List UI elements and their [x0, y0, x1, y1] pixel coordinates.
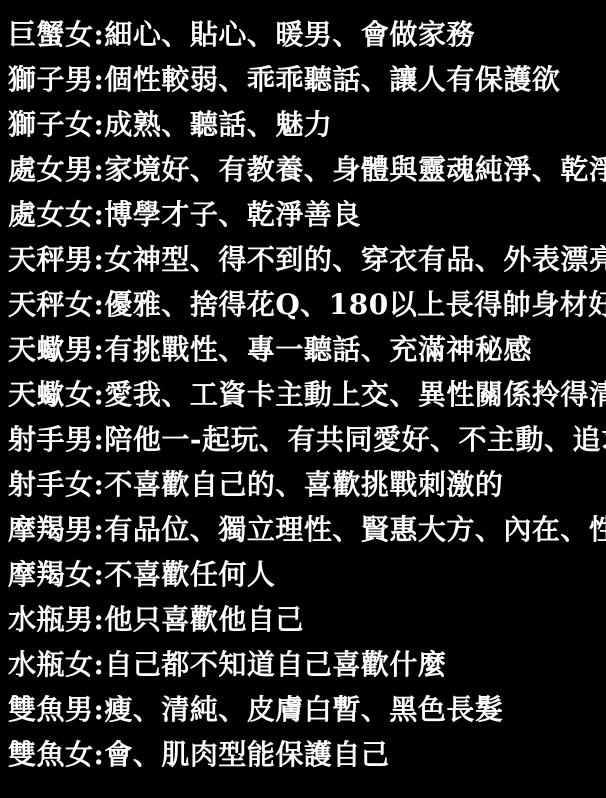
- preference-text: 個性較弱、乖乖聽話、讓人有保護欲: [104, 63, 560, 96]
- list-item: 處女男:家境好、有教養、身體與靈魂純淨、乾淨整潔: [8, 147, 602, 192]
- colon-separator: :: [94, 603, 105, 636]
- preference-text: 有挑戰性、專一聽話、充滿神秘感: [104, 333, 532, 366]
- preference-text: 會、肌肉型能保護自己: [104, 738, 389, 771]
- preference-text: 愛我、工資卡主動上交、異性關係拎得清: [104, 378, 606, 411]
- zodiac-sign-label: 獅子男: [8, 63, 94, 96]
- colon-separator: :: [94, 153, 105, 186]
- zodiac-preference-list: 巨蟹女:細心、貼心、暖男、會做家務 獅子男:個性較弱、乖乖聽話、讓人有保護欲 獅…: [0, 0, 606, 798]
- colon-separator: :: [94, 693, 105, 726]
- list-item: 巨蟹女:細心、貼心、暖男、會做家務: [8, 12, 602, 57]
- preference-text: 細心、貼心、暖男、會做家務: [104, 18, 475, 51]
- list-item: 天蠍女:愛我、工資卡主動上交、異性關係拎得清: [8, 372, 602, 417]
- list-item: 射手女:不喜歡自己的、喜歡挑戰刺激的: [8, 462, 602, 507]
- zodiac-sign-label: 天蠍女: [8, 378, 94, 411]
- colon-separator: :: [94, 648, 105, 681]
- list-item: 水瓶女:自己都不知道自己喜歡什麼: [8, 642, 602, 687]
- colon-separator: :: [94, 63, 105, 96]
- zodiac-sign-label: 摩羯女: [8, 558, 94, 591]
- colon-separator: :: [94, 288, 105, 321]
- colon-separator: :: [94, 423, 105, 456]
- list-item: 獅子女:成熟、聽話、魅力: [8, 102, 602, 147]
- list-item: 水瓶男:他只喜歡他自己: [8, 597, 602, 642]
- list-item: 摩羯女:不喜歡任何人: [8, 552, 602, 597]
- colon-separator: :: [94, 513, 105, 546]
- zodiac-sign-label: 天秤男: [8, 243, 94, 276]
- colon-separator: :: [94, 333, 105, 366]
- colon-separator: :: [94, 108, 105, 141]
- colon-separator: :: [94, 378, 105, 411]
- zodiac-sign-label: 射手女: [8, 468, 94, 501]
- colon-separator: :: [94, 558, 105, 591]
- preference-text: 優雅、捨得花Q、180以上長得帥身材好: [104, 288, 606, 321]
- preference-text: 不喜歡自己的、喜歡挑戰刺激的: [104, 468, 503, 501]
- colon-separator: :: [94, 738, 105, 771]
- colon-separator: :: [94, 468, 105, 501]
- colon-separator: :: [94, 198, 105, 231]
- zodiac-sign-label: 天秤女: [8, 288, 94, 321]
- list-item: 天秤女:優雅、捨得花Q、180以上長得帥身材好: [8, 282, 602, 327]
- zodiac-sign-label: 雙魚女: [8, 738, 94, 771]
- zodiac-sign-label: 處女男: [8, 153, 94, 186]
- zodiac-sign-label: 水瓶男: [8, 603, 94, 636]
- colon-separator: :: [94, 243, 105, 276]
- preference-text: 女神型、得不到的、穿衣有品、外表漂亮: [104, 243, 606, 276]
- preference-text: 有品位、獨立理性、賢惠大方、內在、性格安靜: [104, 513, 606, 546]
- zodiac-sign-label: 射手男: [8, 423, 94, 456]
- zodiac-sign-label: 處女女: [8, 198, 94, 231]
- preference-text: 博學才子、乾淨善良: [104, 198, 361, 231]
- zodiac-sign-label: 水瓶女: [8, 648, 94, 681]
- preference-text: 瘦、清純、皮膚白暫、黑色長髮: [104, 693, 503, 726]
- zodiac-sign-label: 巨蟹女: [8, 18, 94, 51]
- preference-text: 家境好、有教養、身體與靈魂純淨、乾淨整潔: [104, 153, 606, 186]
- preference-text: 不喜歡任何人: [104, 558, 275, 591]
- list-item: 獅子男:個性較弱、乖乖聽話、讓人有保護欲: [8, 57, 602, 102]
- preference-text: 成熟、聽話、魅力: [104, 108, 332, 141]
- list-item: 射手男:陪他一-起玩、有共同愛好、不主動、追求刺激: [8, 417, 602, 462]
- zodiac-sign-label: 摩羯男: [8, 513, 94, 546]
- list-item: 雙魚男:瘦、清純、皮膚白暫、黑色長髮: [8, 687, 602, 732]
- preference-text: 他只喜歡他自己: [104, 603, 304, 636]
- zodiac-sign-label: 天蠍男: [8, 333, 94, 366]
- preference-text: 自己都不知道自己喜歡什麼: [104, 648, 446, 681]
- list-item: 雙魚女:會、肌肉型能保護自己: [8, 732, 602, 777]
- list-item: 天秤男:女神型、得不到的、穿衣有品、外表漂亮: [8, 237, 602, 282]
- list-item: 處女女:博學才子、乾淨善良: [8, 192, 602, 237]
- colon-separator: :: [94, 18, 105, 51]
- zodiac-sign-label: 獅子女: [8, 108, 94, 141]
- list-item: 摩羯男:有品位、獨立理性、賢惠大方、內在、性格安靜: [8, 507, 602, 552]
- preference-text: 陪他一-起玩、有共同愛好、不主動、追求刺激: [104, 423, 606, 456]
- list-item: 天蠍男:有挑戰性、專一聽話、充滿神秘感: [8, 327, 602, 372]
- zodiac-sign-label: 雙魚男: [8, 693, 94, 726]
